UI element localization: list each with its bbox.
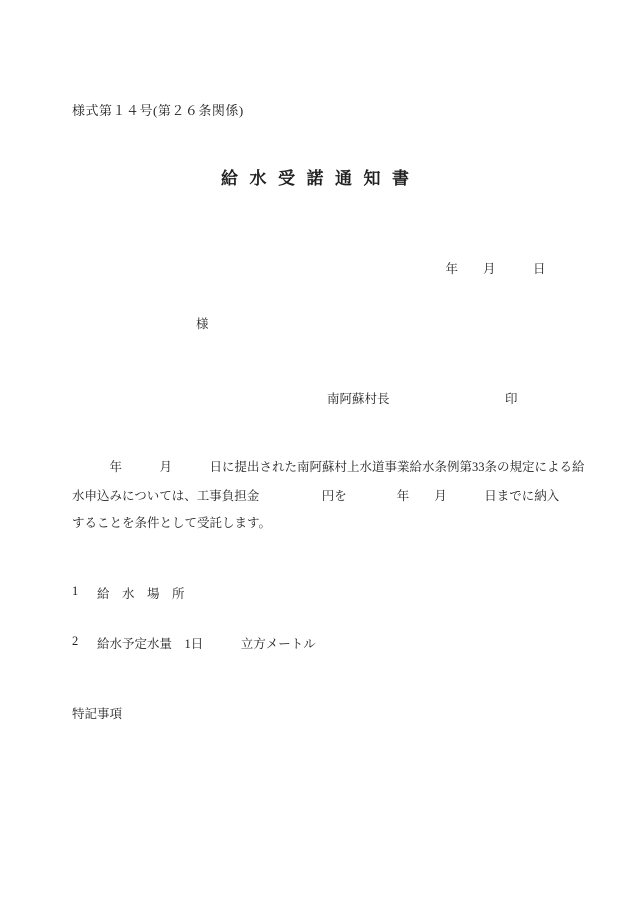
issue-date-year-label: 年 bbox=[446, 262, 459, 276]
item-planned-water-volume-number: 2 bbox=[72, 634, 78, 649]
issuer-name: 南阿蘇村長 bbox=[327, 389, 390, 407]
item-water-supply-location-number: 1 bbox=[72, 584, 78, 599]
item-water-supply-location: 1 給 水 場 所 bbox=[0, 584, 630, 602]
body-paragraph-line-1: 年 月 日に提出された南阿蘇村上水道事業給水条例第33条の規定による給 bbox=[72, 457, 585, 475]
issue-date-line: 年月日 bbox=[433, 244, 546, 292]
body-paragraph-line-2: 水申込みについては、工事負担金 円を 年 月 日までに納入 bbox=[72, 486, 559, 504]
item-planned-water-volume-label: 給水予定水量 1日 立方メートル bbox=[97, 634, 316, 652]
addressee-honorific: 様 bbox=[196, 314, 209, 332]
item-water-supply-location-label: 給 水 場 所 bbox=[97, 584, 185, 602]
issue-date-month-label: 月 bbox=[483, 262, 496, 276]
issue-date-day-label: 日 bbox=[533, 262, 546, 276]
seal-placeholder: 印 bbox=[505, 389, 518, 407]
special-notes-heading: 特記事項 bbox=[72, 704, 122, 722]
issuer-line: 南阿蘇村長 印 bbox=[0, 389, 630, 407]
document-title: 給水受諾通知書 bbox=[0, 164, 630, 189]
body-paragraph-line-3: することを条件として受託します。 bbox=[72, 513, 271, 531]
item-planned-water-volume: 2 給水予定水量 1日 立方メートル bbox=[0, 634, 630, 652]
water-supply-acceptance-notice-page: 様式第１４号(第２６条関係) 給水受諾通知書 年月日 様 南阿蘇村長 印 年 月… bbox=[0, 0, 630, 903]
form-number: 様式第１４号(第２６条関係) bbox=[72, 100, 244, 119]
